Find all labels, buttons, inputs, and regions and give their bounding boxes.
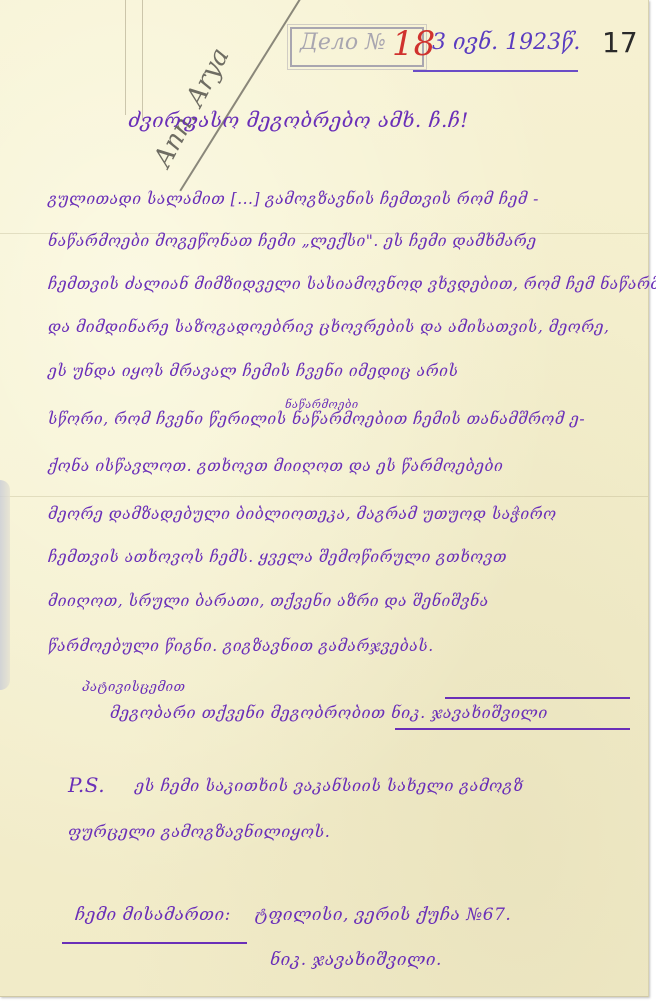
signature-overline bbox=[445, 697, 630, 699]
postscript-line: ეს ჩემი საკითხის ვაკანსიის სახელი გამოგზ bbox=[135, 776, 523, 795]
letter-line: ნაწარმოები მოგეწონათ ჩემი „ლექსი". ეს ჩე… bbox=[48, 232, 537, 250]
letter-line: მეორე დამზადებული ბიბლიოთეკა, მაგრამ უთუ… bbox=[48, 505, 557, 523]
letter-line: წარმოებული წიგნი. გიგზავნით გამარჯვებას. bbox=[48, 637, 434, 655]
document-page: Ann. Arya Дело № 18 3 ივნ. 1923წ. 17 ძვი… bbox=[0, 0, 649, 997]
letter-line: ჩემთვის ათხოვოს ჩემს. ყველა შემოწირული გ… bbox=[48, 548, 507, 566]
signature: ნიკ. ჯავახიშვილი. bbox=[270, 950, 442, 970]
letter-line: სწორი, რომ ჩვენი წერილის ნაწარმოებით ჩემ… bbox=[48, 410, 585, 428]
paper-crease bbox=[125, 0, 126, 115]
letter-line: ეს უნდა იყოს მრავალ ჩემის ჩვენი იმედიც ა… bbox=[48, 362, 458, 380]
letter-line: და მიმდინარე საზოგადოებრივ ცხოვრების და … bbox=[48, 318, 609, 336]
signature-underline bbox=[395, 728, 630, 730]
page-edge-tab bbox=[0, 480, 10, 690]
folio-number: 17 bbox=[602, 26, 638, 59]
address-label-underline bbox=[62, 942, 247, 944]
salutation: ძვირფასო მეგობრებო ამხ. ჩ.ჩ! bbox=[128, 108, 469, 132]
letter-line: მიიღოთ, სრული ბარათი, თქვენი აზრი და შენ… bbox=[48, 592, 489, 610]
closing-signature-line: მეგობარი თქვენი მეგობრობით ნიკ. ჯავახიშვ… bbox=[110, 703, 548, 722]
postscript-line: ფურცელი გამოგზავნილიყოს. bbox=[68, 822, 330, 841]
interlinear-insert: ნაწარმოები bbox=[285, 398, 359, 411]
stamp-label: Дело № bbox=[300, 30, 386, 55]
stamp-date: 3 ივნ. 1923წ. bbox=[432, 30, 580, 55]
stamp-underline bbox=[413, 70, 578, 72]
closing-line: პატივისცემით bbox=[82, 680, 185, 695]
paper-crease bbox=[142, 0, 143, 120]
letter-line: ჩემთვის ძალიან მიმზიდველი სასიამოვნოდ ვხ… bbox=[48, 275, 656, 293]
paper-fold bbox=[0, 496, 648, 497]
address-value: ტფილისი, ვერის ქუჩა №67. bbox=[255, 905, 511, 925]
letter-line: ქონა ისწავლოთ. გთხოვთ მიიღოთ და ეს წარმო… bbox=[48, 457, 503, 475]
address-label: ჩემი მისამართი: bbox=[75, 905, 231, 925]
postscript-label: P.S. bbox=[68, 773, 105, 797]
case-number: 18 bbox=[392, 24, 435, 64]
letter-line: გულითადი სალამით [...] გამოგზავნის ჩემთვ… bbox=[48, 190, 539, 208]
